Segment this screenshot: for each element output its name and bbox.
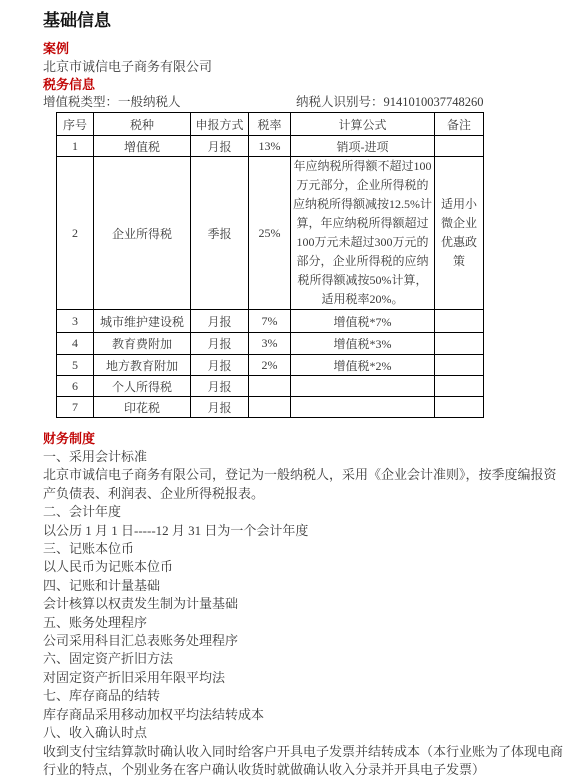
cell-note [435, 397, 484, 418]
cell-formula [291, 376, 435, 397]
table-row: 1 增值税 月报 13% 销项-进项 [57, 136, 484, 157]
table-row: 3 城市维护建设税 月报 7% 增值税*7% [57, 310, 484, 333]
cell-tax: 教育费附加 [94, 333, 191, 355]
policy-line: 以人民币为记账本位币 [43, 558, 543, 576]
cell-no: 2 [57, 157, 94, 310]
cell-formula: 增值税*7% [291, 310, 435, 333]
table-header-row: 序号 税种 申报方式 税率 计算公式 备注 [57, 113, 484, 136]
cell-formula: 增值税*2% [291, 355, 435, 376]
vat-type-label: 增值税类型： [43, 95, 118, 109]
cell-rate [249, 376, 291, 397]
cell-no: 4 [57, 333, 94, 355]
cell-note [435, 355, 484, 376]
cell-tax: 城市维护建设税 [94, 310, 191, 333]
cell-rate [249, 397, 291, 418]
policy-line: 对固定资产折旧采用年限平均法 [43, 669, 543, 687]
tax-table: 序号 税种 申报方式 税率 计算公式 备注 1 增值税 月报 13% 销项-进项… [56, 112, 484, 418]
cell-rate: 3% [249, 333, 291, 355]
tax-meta-row: 增值税类型：一般纳税人纳税人识别号：9141010037748260 [43, 93, 543, 112]
table-row: 7 印花税 月报 [57, 397, 484, 418]
policy-line: 北京市诚信电子商务有限公司，登记为一般纳税人，采用《企业会计准则》，按季度编报资 [43, 466, 543, 484]
policy-line: 五、账务处理程序 [43, 614, 543, 632]
policy-line: 会计核算以权责发生制为计量基础 [43, 595, 543, 613]
col-header-tax: 税种 [94, 113, 191, 136]
cell-tax: 企业所得税 [94, 157, 191, 310]
document-page: 基础信息 案例 北京市诚信电子商务有限公司 税务信息 增值税类型：一般纳税人纳税… [0, 0, 581, 776]
cell-no: 5 [57, 355, 94, 376]
cell-rate: 13% [249, 136, 291, 157]
cell-formula: 增值税*3% [291, 333, 435, 355]
page-title: 基础信息 [43, 10, 543, 32]
finance-policy-text: 一、采用会计标准 北京市诚信电子商务有限公司，登记为一般纳税人，采用《企业会计准… [43, 448, 543, 776]
taxpayer-id: 纳税人识别号：9141010037748260 [296, 95, 484, 109]
policy-line: 收到支付宝结算款时确认收入同时给客户开具电子发票并结转成本（本行业账为了体现电商 [43, 743, 543, 761]
table-row: 2 企业所得税 季报 25% 年应纳税所得额不超过100万元部分，企业所得税的应… [57, 157, 484, 310]
taxpayer-id-value: 9141010037748260 [384, 95, 484, 109]
col-header-formula: 计算公式 [291, 113, 435, 136]
policy-line: 七、库存商品的结转 [43, 687, 543, 705]
cell-method: 月报 [191, 397, 249, 418]
table-row: 4 教育费附加 月报 3% 增值税*3% [57, 333, 484, 355]
cell-method: 月报 [191, 310, 249, 333]
table-row: 5 地方教育附加 月报 2% 增值税*2% [57, 355, 484, 376]
finance-policy-heading: 财务制度 [43, 430, 543, 447]
policy-line: 以公历 1 月 1 日-----12 月 31 日为一个会计年度 [43, 522, 543, 540]
cell-tax: 增值税 [94, 136, 191, 157]
cell-no: 3 [57, 310, 94, 333]
cell-tax: 印花税 [94, 397, 191, 418]
cell-note [435, 376, 484, 397]
cell-note: 适用小微企业优惠政策 [435, 157, 484, 310]
cell-rate: 7% [249, 310, 291, 333]
col-header-no: 序号 [57, 113, 94, 136]
company-name: 北京市诚信电子商务有限公司 [43, 57, 543, 76]
cell-formula [291, 397, 435, 418]
policy-line: 行业的特点，个别业务在客户确认收货时就做确认收入分录并开具电子发票） [43, 761, 543, 776]
policy-line: 公司采用科目汇总表账务处理程序 [43, 632, 543, 650]
table-row: 6 个人所得税 月报 [57, 376, 484, 397]
cell-formula: 销项-进项 [291, 136, 435, 157]
tax-info-heading: 税务信息 [43, 76, 543, 93]
vat-type-value: 一般纳税人 [118, 95, 181, 109]
policy-line: 产负债表、利润表、企业所得税报表。 [43, 485, 543, 503]
cell-method: 季报 [191, 157, 249, 310]
col-header-rate: 税率 [249, 113, 291, 136]
cell-rate: 25% [249, 157, 291, 310]
cell-method: 月报 [191, 355, 249, 376]
col-header-method: 申报方式 [191, 113, 249, 136]
cell-tax: 个人所得税 [94, 376, 191, 397]
cell-note [435, 310, 484, 333]
cell-tax: 地方教育附加 [94, 355, 191, 376]
case-heading: 案例 [43, 40, 543, 57]
policy-line: 二、会计年度 [43, 503, 543, 521]
cell-no: 1 [57, 136, 94, 157]
cell-method: 月报 [191, 376, 249, 397]
cell-note [435, 136, 484, 157]
policy-line: 六、固定资产折旧方法 [43, 650, 543, 668]
policy-line: 一、采用会计标准 [43, 448, 543, 466]
cell-no: 6 [57, 376, 94, 397]
taxpayer-id-label: 纳税人识别号： [296, 95, 384, 109]
vat-type: 增值税类型：一般纳税人 [43, 93, 296, 112]
cell-rate: 2% [249, 355, 291, 376]
policy-line: 三、记账本位币 [43, 540, 543, 558]
cell-formula: 年应纳税所得额不超过100万元部分，企业所得税的应纳税所得额减按12.5%计算，… [291, 157, 435, 310]
policy-line: 库存商品采用移动加权平均法结转成本 [43, 706, 543, 724]
cell-method: 月报 [191, 333, 249, 355]
policy-line: 八、收入确认时点 [43, 724, 543, 742]
cell-method: 月报 [191, 136, 249, 157]
policy-line: 四、记账和计量基础 [43, 577, 543, 595]
cell-no: 7 [57, 397, 94, 418]
cell-note [435, 333, 484, 355]
col-header-note: 备注 [435, 113, 484, 136]
